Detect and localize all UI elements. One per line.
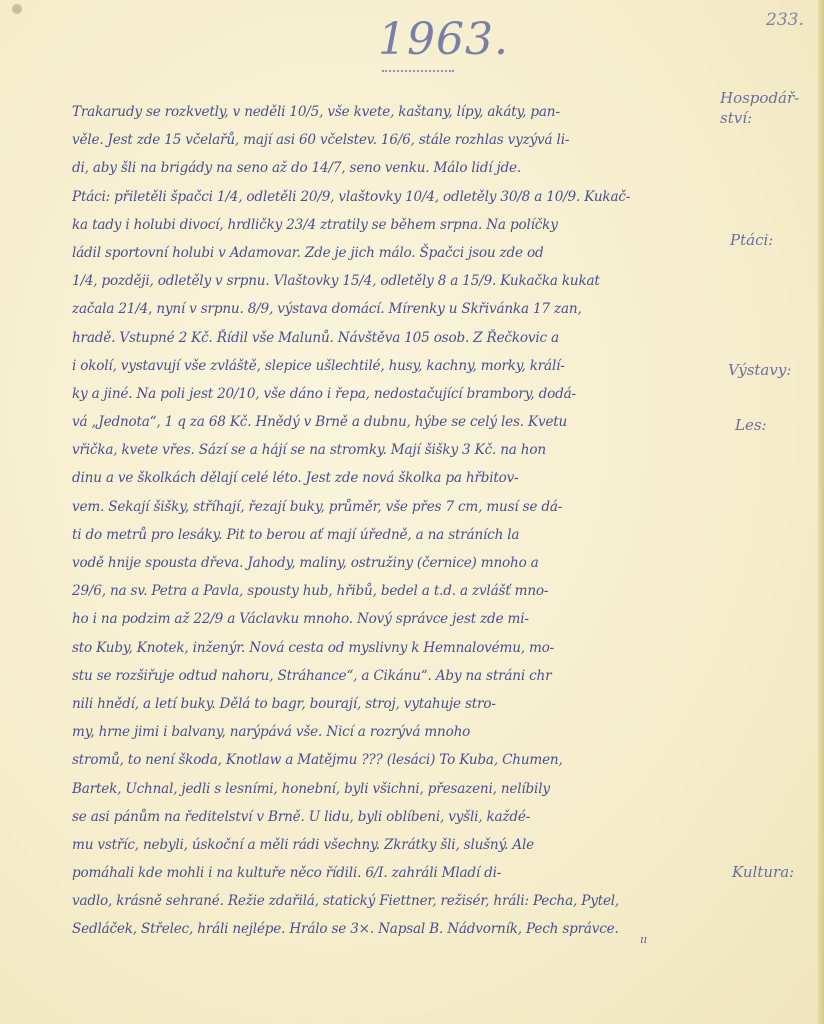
text-line: 29/6, na sv. Petra a Pavla, spousty hub,… xyxy=(72,577,712,605)
text-line: ho i na podzim až 22/9 a Václavku mnoho.… xyxy=(72,605,712,633)
text-line: sto Kuby, Knotek, inženýr. Nová cesta od… xyxy=(72,634,712,662)
text-line: začala 21/4, nyní v srpnu. 8/9, výstava … xyxy=(72,295,712,323)
text-line: pomáhali kde mohli i na kultuře něco říd… xyxy=(72,859,712,887)
year-heading: 1963. xyxy=(378,14,509,65)
text-line: 1/4, později, odletěly v srpnu. Vlaštovk… xyxy=(72,267,712,295)
text-line: mu vstříc, nebyli, úskoční a měli rádi v… xyxy=(72,831,712,859)
text-line: ka tady i holubi divocí, hrdličky 23/4 z… xyxy=(72,211,712,239)
year-underline xyxy=(382,66,454,72)
text-line: i okolí, vystavují vše zvláště, slepice … xyxy=(72,352,712,380)
text-line: ky a jiné. Na poli jest 20/10, vše dáno … xyxy=(72,380,712,408)
text-line: vá „Jednota“, 1 q za 68 Kč. Hnědý v Brně… xyxy=(72,408,712,436)
text-line: Bartek, Uchnal, jedli s lesními, honební… xyxy=(72,775,712,803)
text-line: Sedláček, Střelec, hráli nejlépe. Hrálo … xyxy=(72,915,712,943)
text-line: vadlo, krásně sehrané. Režie zdařilá, st… xyxy=(72,887,712,915)
text-line: vem. Sekají šišky, stříhají, řezají buky… xyxy=(72,493,712,521)
margin-note-ptaci: Ptáci: xyxy=(730,230,773,250)
text-line: Trakarudy se rozkvetly, v neděli 10/5, v… xyxy=(72,98,712,126)
bottom-mark: ıı xyxy=(640,933,647,946)
text-line: vodě hnije spousta dřeva. Jahody, maliny… xyxy=(72,549,712,577)
text-line: věle. Jest zde 15 včelařů, mají asi 60 v… xyxy=(72,126,712,154)
text-line: vřička, kvete vřes. Sází se a hájí se na… xyxy=(72,436,712,464)
text-line: nili hnědí, a letí buky. Dělá to bagr, b… xyxy=(72,690,712,718)
text-line: di, aby šli na brigády na seno až do 14/… xyxy=(72,154,712,182)
page-number: 233. xyxy=(766,10,804,30)
chronicle-page: 1963. 233. Trakarudy se rozkvetly, v ned… xyxy=(0,0,824,1024)
text-line: dinu a ve školkách dělají celé léto. Jes… xyxy=(72,464,712,492)
paper-stain xyxy=(12,4,22,14)
handwritten-body: Trakarudy se rozkvetly, v neděli 10/5, v… xyxy=(72,98,712,944)
margin-note-les: Les: xyxy=(735,415,767,435)
text-line: ládil sportovní holubi v Adamovar. Zde j… xyxy=(72,239,712,267)
text-line: stromů, to není škoda, Knotlaw a Matějmu… xyxy=(72,746,712,774)
text-line: ti do metrů pro lesáky. Pit to berou ať … xyxy=(72,521,712,549)
text-line: hradě. Vstupné 2 Kč. Řídil vše Malunů. N… xyxy=(72,324,712,352)
text-line: stu se rozšiřuje odtud nahoru, Stráhance… xyxy=(72,662,712,690)
margin-note-kultura: Kultura: xyxy=(732,862,794,882)
page-edge xyxy=(818,0,824,1024)
margin-note-vystavy: Výstavy: xyxy=(728,360,791,380)
text-line: se asi pánům na ředitelství v Brně. U li… xyxy=(72,803,712,831)
text-line: my, hrne jimi i balvany, narýpává vše. N… xyxy=(72,718,712,746)
margin-note-hospodarstvi: Hospodář- ství: xyxy=(720,88,799,128)
text-line: Ptáci: přiletěli špačci 1/4, odletěli 20… xyxy=(72,183,712,211)
